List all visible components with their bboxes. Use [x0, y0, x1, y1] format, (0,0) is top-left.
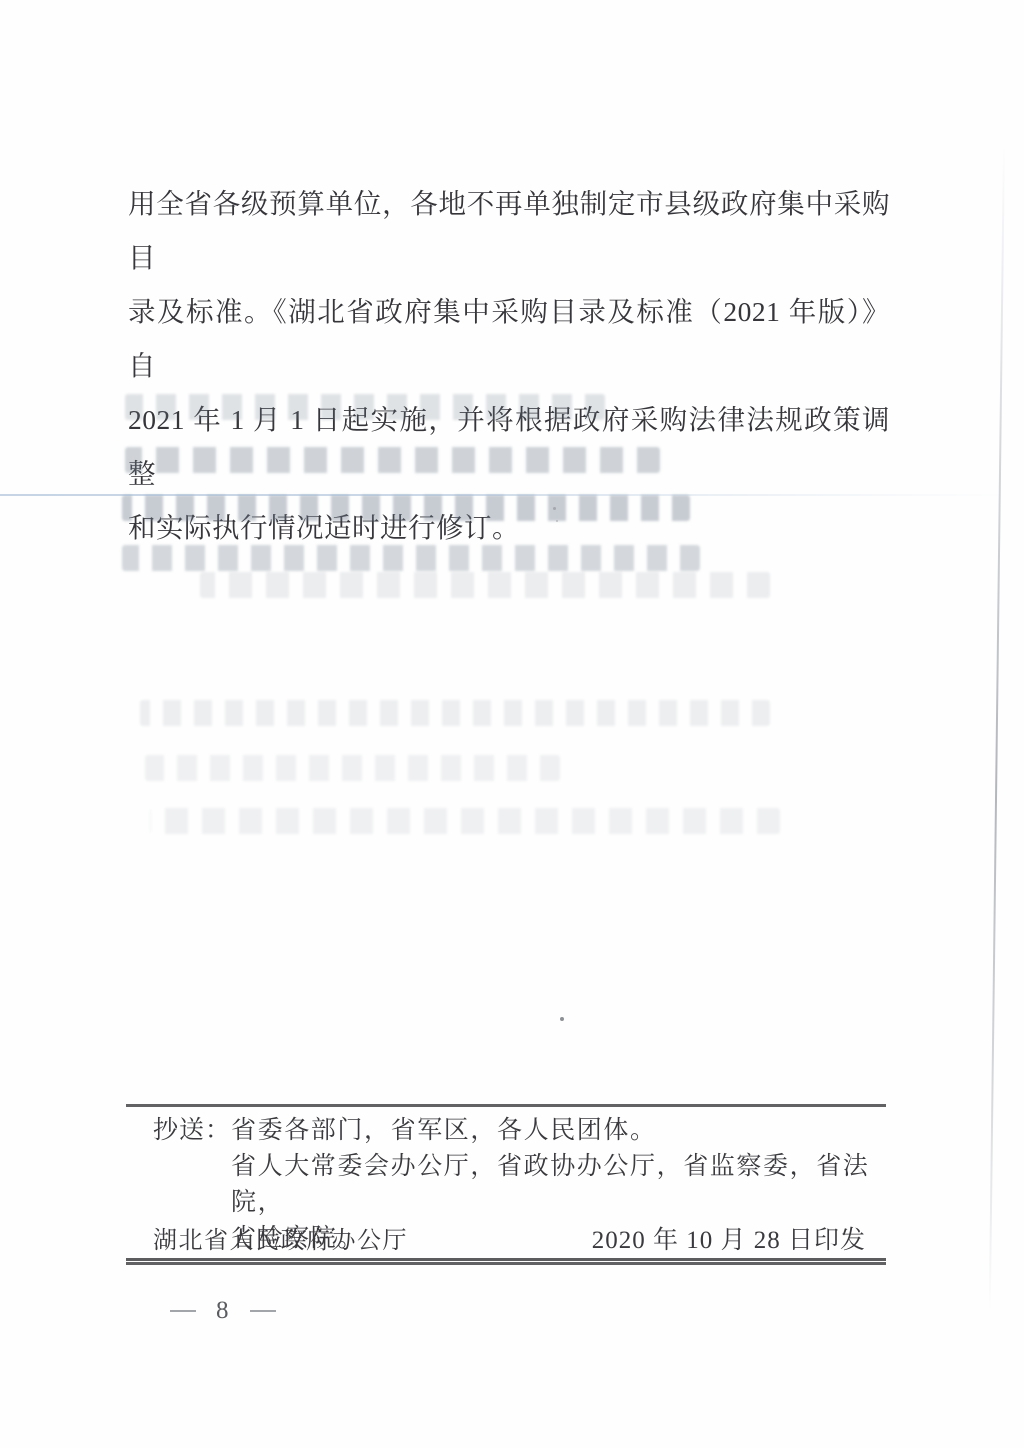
issuer-name: 湖北省人民政府办公厅	[153, 1220, 408, 1255]
cc-line: 省委各部门，省军区，各人民团体。	[231, 1113, 886, 1149]
page-number: 8	[150, 1296, 296, 1326]
bleed-through-line	[122, 545, 700, 571]
page-number-dash	[250, 1310, 276, 1312]
issuer-row: 湖北省人民政府办公厅 2020 年 10 月 28 日印发	[126, 1213, 886, 1261]
ink-speck	[560, 1017, 564, 1021]
bleed-through-line	[125, 447, 660, 473]
ink-speck	[556, 520, 558, 522]
bleed-through-line	[122, 495, 690, 521]
body-line: 用全省各级预算单位，各地不再单独制定市县级政府集中采购目	[128, 177, 890, 285]
bleed-through-line	[150, 808, 780, 834]
ink-speck	[553, 507, 556, 510]
scan-streak-artifact	[0, 494, 1012, 496]
page-number-dash	[170, 1310, 196, 1312]
page-edge-shadow	[989, 145, 1005, 1310]
bleed-through-line	[200, 572, 770, 598]
body-line: 录及标准。《湖北省政府集中采购目录及标准（2021 年版）》自	[128, 285, 890, 393]
print-date: 2020 年 10 月 28 日印发	[592, 1220, 866, 1256]
bleed-through-line	[140, 700, 770, 726]
document-page: 用全省各级预算单位，各地不再单独制定市县级政府集中采购目 录及标准。《湖北省政府…	[0, 0, 1024, 1448]
cc-label: 抄送：	[153, 1113, 231, 1149]
cc-line: 省人大常委会办公厅，省政协办公厅，省监察委，省法院，	[231, 1149, 886, 1221]
bleed-through-line	[145, 755, 560, 781]
bleed-through-line	[125, 394, 605, 420]
page-number-value: 8	[216, 1297, 230, 1325]
